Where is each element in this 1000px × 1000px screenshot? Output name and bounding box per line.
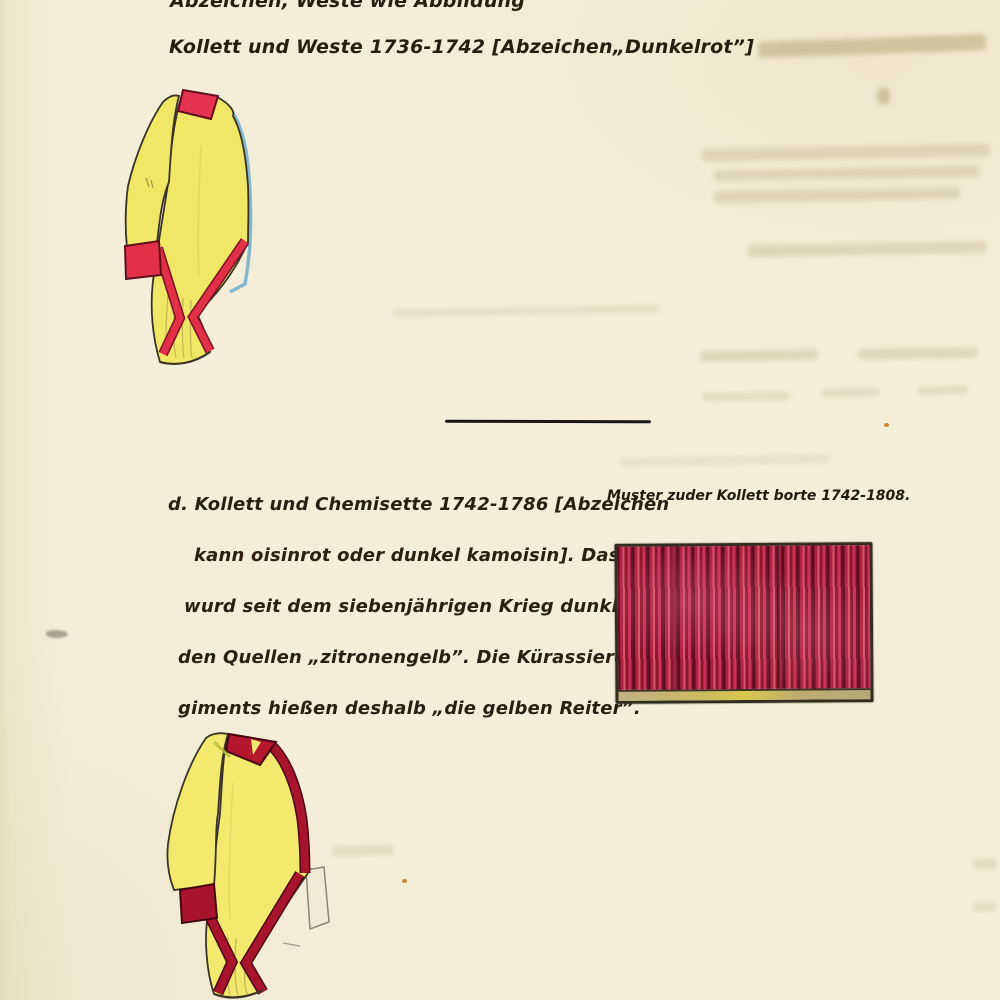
bleed-through-mark (758, 34, 986, 58)
ink-speck (884, 423, 889, 427)
bleed-through-mark (620, 454, 830, 467)
pencil-smudge (46, 630, 68, 638)
bleed-through-mark (858, 347, 978, 360)
bleed-through-mark (700, 349, 818, 362)
ink-speck (402, 879, 407, 883)
paragraph-line: d. Kollett und Chemisette 1742-1786 [Abz… (168, 494, 669, 515)
coat-tail-lining (306, 867, 329, 929)
coat-cuff (180, 884, 217, 923)
braid-swatch (614, 542, 873, 704)
coat-illustration-1742-1786 (148, 722, 363, 1000)
bleed-through-mark (877, 88, 890, 104)
braid-stripes (617, 545, 870, 690)
partial-top-line: Abzeichen, Weste wie Abbildung (170, 0, 525, 12)
manuscript-page: Abzeichen, Weste wie Abbildung Kollett u… (0, 0, 1000, 1000)
coat-illustration-1736-1742 (113, 86, 295, 402)
bleed-through-mark (918, 386, 968, 396)
braid-fold-line (673, 546, 677, 689)
swatch-caption: Muster zuder Kollett borte 1742-1808. (607, 488, 910, 504)
braid-bottom-strip (618, 688, 870, 701)
bleed-through-mark (702, 391, 790, 402)
paragraph-line: giments hießen deshalb „die gelben Reite… (178, 698, 641, 719)
bleed-through-mark (973, 902, 997, 912)
bleed-through-mark (714, 187, 960, 203)
section-divider (445, 420, 651, 424)
bleed-through-mark (822, 387, 880, 397)
braid-fold-line (776, 546, 780, 689)
bleed-through-mark (973, 858, 997, 870)
bleed-through-mark (392, 305, 660, 318)
page-heading: Kollett und Weste 1736-1742 [Abzeichen„D… (169, 36, 754, 58)
coat-cuff (125, 241, 161, 279)
bleed-through-mark (714, 166, 980, 182)
bleed-through-mark (702, 143, 990, 161)
bleed-through-mark (748, 241, 986, 257)
stray-pencil-line (283, 943, 300, 946)
